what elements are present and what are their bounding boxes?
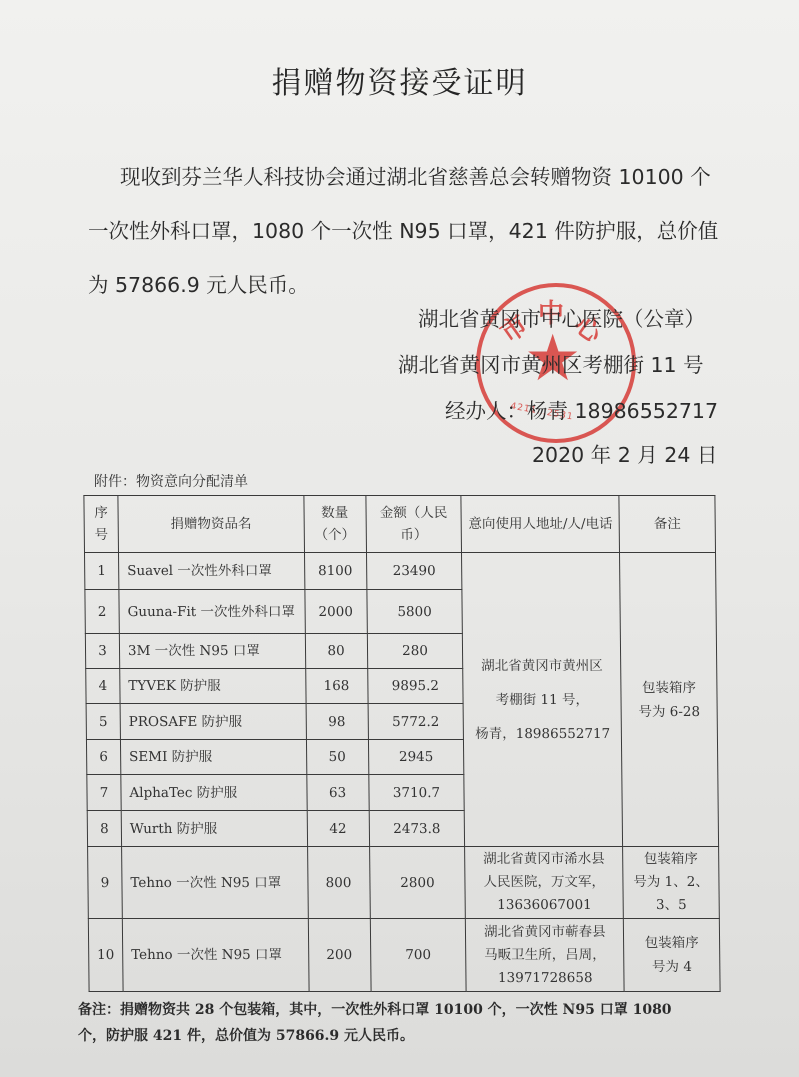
cell-amount: 2473.8 [369, 811, 465, 847]
header-recipient: 意向使用人地址/人/电话 [461, 496, 619, 553]
table-row: 9 Tehno 一次性 N95 口罩 800 2800 湖北省黄冈市浠水县 人民… [88, 847, 720, 919]
cell-no: 10 [88, 919, 123, 992]
signature-handler: 经办人：杨青 18986552717 [445, 394, 718, 424]
cell-qty: 800 [307, 847, 370, 919]
cell-qty: 42 [307, 811, 369, 847]
cell-recipient-group-2: 湖北省黄冈市浠水县 人民医院，万文军， 13636067001 [465, 847, 624, 919]
cell-name: Tehno 一次性 N95 口罩 [122, 847, 308, 919]
header-amount: 金额（人民币） [365, 496, 461, 553]
recipient-line: 湖北省黄冈市浠水县 [470, 848, 619, 871]
body-line-2: 一次性外科口罩，1080 个一次性 N95 口罩，421 件防护服，总价值 [88, 204, 722, 258]
remark-line: 号为 4 [628, 955, 715, 979]
remark-line: 包装箱序 [627, 848, 714, 871]
recipient-line: 考棚街 11 号， [468, 683, 617, 717]
cell-remark-group-2: 包装箱序 号为 1、2、 3、5 [623, 847, 720, 919]
cell-name: Suavel 一次性外科口罩 [118, 553, 304, 590]
cell-qty: 2000 [304, 590, 366, 634]
cell-qty: 168 [305, 669, 367, 704]
cell-name: AlphaTec 防护服 [121, 775, 307, 811]
cell-name: TYVEK 防护服 [120, 669, 306, 704]
signature-date: 2020 年 2 月 24 日 [532, 438, 717, 468]
cell-amount: 5772.2 [368, 704, 464, 740]
signature-org: 湖北省黄冈市中心医院（公章） [418, 302, 705, 332]
cell-qty: 98 [306, 704, 368, 740]
recipient-line: 湖北省黄冈市蕲春县 [470, 921, 619, 944]
cell-no: 8 [87, 811, 121, 847]
cell-no: 3 [85, 634, 119, 669]
recipient-line: 13971728658 [471, 967, 620, 990]
body-line-1: 现收到芬兰华人科技协会通过湖北省慈善总会转赠物资 10100 个 [92, 150, 722, 204]
remark-line: 包装箱序 [628, 931, 715, 955]
body-paragraph: 现收到芬兰华人科技协会通过湖北省慈善总会转赠物资 10100 个 一次性外科口罩… [92, 150, 722, 312]
cell-amount: 23490 [366, 553, 462, 590]
cell-recipient-group-1: 湖北省黄冈市黄州区 考棚街 11 号， 杨青，18986552717 [462, 553, 623, 847]
cell-qty: 80 [305, 634, 367, 669]
remark-line: 号为 6-28 [626, 700, 713, 724]
footnote: 备注：捐赠物资共 28 个包装箱，其中，一次性外科口罩 10100 个，一次性 … [78, 997, 738, 1049]
cell-amount: 2800 [369, 847, 466, 919]
allocation-table: 序号 捐赠物资品名 数量（个） 金额（人民币） 意向使用人地址/人/电话 备注 … [83, 495, 720, 992]
attachment-label: 附件：物资意向分配清单 [94, 471, 248, 491]
remark-line: 包装箱序 [625, 676, 712, 700]
recipient-line: 湖北省黄冈市黄州区 [467, 649, 616, 683]
cell-amount: 5800 [366, 590, 462, 634]
cell-name: Wurth 防护服 [121, 811, 307, 847]
cell-amount: 2945 [368, 740, 464, 775]
cell-amount: 3710.7 [368, 775, 464, 811]
table-row: 10 Tehno 一次性 N95 口罩 200 700 湖北省黄冈市蕲春县 马畈… [88, 919, 720, 992]
header-qty: 数量（个） [303, 496, 366, 553]
header-name: 捐赠物资品名 [118, 496, 304, 553]
recipient-line: 人民医院，万文军， [470, 871, 619, 894]
cell-name: 3M 一次性 N95 口罩 [119, 634, 305, 669]
cell-name: PROSAFE 防护服 [120, 704, 306, 740]
table-header-row: 序号 捐赠物资品名 数量（个） 金额（人民币） 意向使用人地址/人/电话 备注 [84, 496, 716, 553]
cell-amount: 280 [367, 634, 463, 669]
cell-name: Guuna-Fit 一次性外科口罩 [119, 590, 305, 634]
recipient-line: 杨青，18986552717 [468, 717, 617, 751]
footnote-line-1: 备注：捐赠物资共 28 个包装箱，其中，一次性外科口罩 10100 个，一次性 … [78, 997, 738, 1023]
signature-address: 湖北省黄冈市黄州区考棚街 11 号 [398, 348, 704, 378]
header-remark: 备注 [619, 496, 715, 553]
table-row: 1 Suavel 一次性外科口罩 8100 23490 湖北省黄冈市黄州区 考棚… [84, 553, 715, 590]
document-title: 捐赠物资接受证明 [0, 58, 799, 102]
cell-no: 1 [84, 553, 118, 590]
cell-no: 5 [86, 704, 120, 740]
cell-qty: 50 [306, 740, 368, 775]
cell-qty: 8100 [304, 553, 366, 590]
cell-qty: 200 [308, 919, 371, 992]
cell-name: Tehno 一次性 N95 口罩 [122, 919, 308, 992]
cell-remark-group-1: 包装箱序 号为 6-28 [620, 553, 719, 847]
cell-recipient-group-3: 湖北省黄冈市蕲春县 马畈卫生所，吕周， 13971728658 [466, 919, 625, 992]
recipient-line: 13636067001 [470, 894, 619, 917]
cell-amount: 700 [370, 919, 467, 992]
donation-receipt-page: 捐赠物资接受证明 现收到芬兰华人科技协会通过湖北省慈善总会转赠物资 10100 … [0, 0, 799, 1077]
cell-no: 7 [87, 775, 121, 811]
cell-no: 4 [86, 669, 120, 704]
cell-qty: 63 [306, 775, 368, 811]
cell-name: SEMI 防护服 [120, 740, 306, 775]
cell-no: 6 [86, 740, 120, 775]
cell-no: 9 [88, 847, 123, 919]
recipient-line: 马畈卫生所，吕周， [471, 944, 620, 967]
cell-amount: 9895.2 [367, 669, 463, 704]
cell-remark-group-3: 包装箱序 号为 4 [624, 919, 721, 992]
header-no: 序号 [84, 496, 119, 553]
footnote-line-2: 个，防护服 421 件，总价值为 57866.9 元人民币。 [78, 1023, 738, 1049]
remark-line: 号为 1、2、 [628, 871, 715, 894]
cell-no: 2 [85, 590, 119, 634]
remark-line: 3、5 [628, 894, 715, 917]
